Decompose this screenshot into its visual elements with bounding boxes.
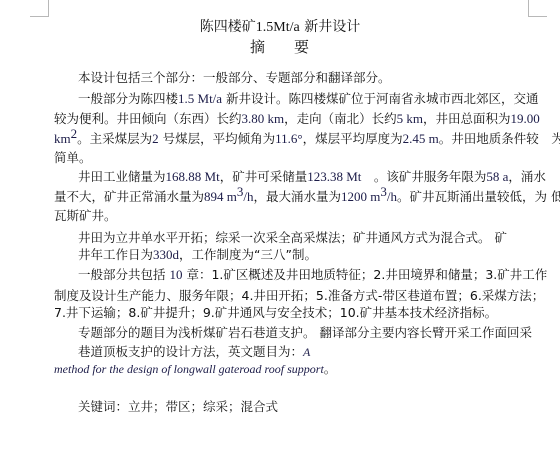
paragraph-general-line-3: km2。主采煤层为2 号煤层，平均倾角为11.6°，煤层平均厚度为2.45 m。…: [54, 129, 560, 149]
abstract-heading: 摘要: [0, 36, 560, 57]
text: 井年工作日为: [78, 247, 153, 262]
paragraph-general-line-1: 一般部分为陈四楼1.5 Mt/a 新井设计。陈四楼煤矿位于河南省永城市西北郊区，…: [78, 89, 539, 109]
chapter-count: 10: [169, 267, 182, 282]
text: ，走向（南北）长约: [284, 111, 397, 126]
text: ，最大涌水量为: [254, 189, 342, 204]
paragraph-general-line-4: 简单。: [54, 148, 92, 168]
abstract-heading-right: 要: [294, 38, 310, 56]
paragraph-development-line-2: 井年工作日为330d，工作制度为“三八”制。: [78, 245, 317, 265]
dip-length-value: 3.80 km: [242, 111, 285, 126]
paragraph-chapters-line-3: 7.井下运输；8.矿井提升；9.矿井通风与安全技术；10.矿井基本技术经济指标。: [54, 303, 497, 323]
title-prefix: 陈四楼矿: [200, 19, 256, 35]
paragraph-reserves-line-3: 瓦斯矿井。: [54, 206, 117, 226]
crop-mark-left-vertical: [48, 0, 49, 17]
text: 。主采煤层为: [77, 131, 152, 146]
industrial-reserves-value: 168.88 Mt: [166, 169, 220, 184]
text: 新井设计。陈四楼煤矿位于河南省永城市西北郊区，交通: [222, 91, 538, 106]
text: ，工作制度为“三八”制。: [179, 247, 317, 262]
paragraph-general-line-2: 较为便利。井田倾向（东西）长约3.80 km，走向（南北）长约5 km，井田总面…: [54, 109, 540, 129]
normal-inflow-value: 894 m: [204, 189, 237, 204]
crop-mark-right-vertical: [528, 0, 529, 17]
text: 较为便利。井田倾向（东西）长约: [54, 111, 242, 126]
english-title-start: A: [303, 345, 310, 359]
paragraph-chapters-line-1: 一般部分共包括 10 章：1.矿区概述及井田地质特征；2.井田境界和储量；3.矿…: [78, 265, 547, 285]
text: 章：: [182, 267, 211, 282]
text: 巷道顶板支护的设计方法，英文题目为：: [78, 344, 303, 359]
title-capacity: 1.5Mt/a: [256, 20, 300, 35]
paragraph-reserves-line-1: 井田工业储量为168.88 Mt，矿井可采储量123.38 Mt 。该矿井服务年…: [78, 167, 546, 187]
text: ，井田总面积为: [423, 111, 511, 126]
paragraph-reserves-line-2: 量不大，矿井正常涌水量为894 m3/h，最大涌水量为1200 m3/h。矿井瓦…: [54, 187, 560, 207]
text: 一般部分共包括: [78, 267, 169, 282]
unit: /h: [243, 189, 253, 204]
paragraph-special-line-1: 专题部分的题目为浅析煤矿岩石巷道支护。 翻译部分主要内容长臂开采工作面回采: [78, 323, 532, 343]
capacity-value: 1.5 Mt/a: [178, 91, 222, 106]
chapter-list: 1.矿区概述及井田地质特征；2.井田境界和储量；3.矿井工作: [211, 267, 547, 282]
text: 。: [324, 361, 337, 376]
service-life-value: 58 a: [486, 169, 508, 184]
paragraph-intro: 本设计包括三个部分：一般部分、专题部分和翻译部分。: [78, 68, 391, 88]
area-unit: km: [54, 131, 71, 146]
document-title: 陈四楼矿1.5Mt/a 新井设计: [0, 18, 560, 37]
paragraph-special-line-3: method for the design of longwall gatero…: [54, 359, 336, 379]
english-title: method for the design of longwall gatero…: [54, 362, 324, 376]
keywords-line: 关键词：立井；带区；综采；混合式: [78, 397, 278, 417]
crop-mark-right-horizontal: [528, 16, 547, 17]
text: 井田工业储量为: [78, 169, 166, 184]
text: ，煤层平均厚度为: [303, 131, 403, 146]
text: 。矿井瓦斯涌出量较低，为 低: [397, 189, 560, 204]
thickness-value: 2.45 m: [403, 131, 439, 146]
text: 。井田地质条件较 为: [439, 131, 560, 146]
text: 。该矿井服务年限为: [361, 169, 486, 184]
keywords-label: 关键词：: [78, 399, 128, 414]
text: 量不大，矿井正常涌水量为: [54, 189, 204, 204]
crop-mark-left-horizontal: [30, 16, 49, 17]
strike-length-value: 5 km: [397, 111, 423, 126]
text: ，矿井可采储量: [220, 169, 308, 184]
working-days-value: 330d: [153, 247, 179, 262]
text: 一般部分为陈四楼: [78, 91, 178, 106]
text: ，涌水: [508, 169, 546, 184]
abstract-heading-left: 摘: [250, 38, 266, 56]
dip-angle-value: 11.6°: [275, 131, 302, 146]
keywords-list: 立井；带区；综采；混合式: [128, 399, 278, 414]
area-value: 19.00: [511, 111, 540, 126]
unit: /h: [387, 189, 397, 204]
title-suffix: 新井设计: [300, 19, 360, 35]
mineable-reserves-value: 123.38 Mt: [307, 169, 361, 184]
max-inflow-value: 1200 m: [341, 189, 380, 204]
text: 号煤层，平均倾角为: [159, 131, 275, 146]
